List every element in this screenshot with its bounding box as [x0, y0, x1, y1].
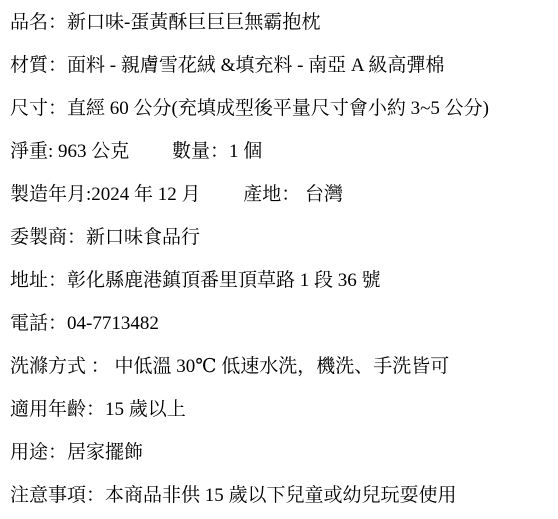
field-usage: 用途：居家擺飾 — [10, 431, 552, 474]
field-applicable-age: 適用年齡：15 歲以上 — [10, 388, 552, 431]
field-net-weight-quantity: 淨重: 963 公克 數量：1 個 — [10, 130, 552, 173]
field-commissioned-maker: 委製商：新口味食品行 — [10, 216, 552, 259]
field-product-name: 品名：新口味-蛋黃酥巨巨巨無霸抱枕 — [10, 1, 552, 44]
field-size: 尺寸：直經 60 公分(充填成型後平量尺寸會小約 3~5 公分) — [10, 87, 552, 130]
field-notice: 注意事項：本商品非供 15 歲以下兒童或幼兒玩耍使用 — [10, 474, 552, 517]
field-material: 材質：面料 - 親膚雪花絨 &填充料 - 南亞 A 級高彈棉 — [10, 44, 552, 87]
field-phone: 電話：04-7713482 — [10, 302, 552, 345]
field-address: 地址：彰化縣鹿港鎮頂番里頂草路 1 段 36 號 — [10, 259, 552, 302]
field-manufacture-date-origin: 製造年月:2024 年 12 月 產地： 台灣 — [10, 173, 552, 216]
product-spec-document: 品名：新口味-蛋黃酥巨巨巨無霸抱枕 材質：面料 - 親膚雪花絨 &填充料 - 南… — [0, 0, 558, 519]
field-washing-method: 洗滌方式 ： 中低溫 30℃ 低速水洗，機洗、手洗皆可 — [10, 345, 552, 388]
